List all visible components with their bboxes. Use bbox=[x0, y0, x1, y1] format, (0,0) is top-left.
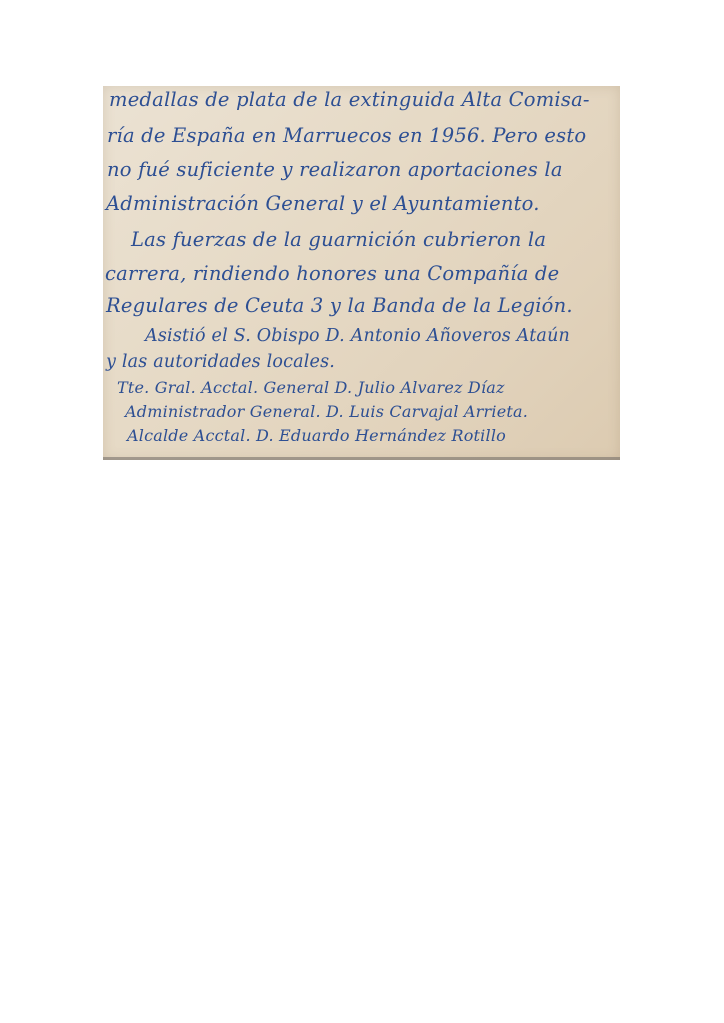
text-line: Alcalde Acctal. D. Eduardo Hernández Rot… bbox=[127, 426, 506, 445]
text-line: Tte. Gral. Acctal. General D. Julio Alva… bbox=[117, 378, 505, 397]
text-line: Asistió el S. Obispo D. Antonio Añoveros… bbox=[145, 326, 570, 346]
text-line: no fué suficiente y realizaron aportacio… bbox=[107, 158, 563, 181]
text-line: y las autoridades locales. bbox=[106, 352, 335, 372]
page: medallas de plata de la extinguida Alta … bbox=[0, 0, 724, 1023]
text-line: Regulares de Ceuta 3 y la Banda de la Le… bbox=[106, 294, 573, 317]
handwritten-text: medallas de plata de la extinguida Alta … bbox=[103, 86, 620, 460]
text-line: Las fuerzas de la guarnición cubrieron l… bbox=[131, 228, 546, 251]
text-line: Administrador General. D. Luis Carvajal … bbox=[125, 402, 528, 421]
handwritten-paper: medallas de plata de la extinguida Alta … bbox=[103, 86, 620, 460]
text-line: medallas de plata de la extinguida Alta … bbox=[109, 88, 590, 111]
text-line: ría de España en Marruecos en 1956. Pero… bbox=[107, 124, 586, 147]
text-line: carrera, rindiendo honores una Compañía … bbox=[105, 262, 559, 285]
text-line: Administración General y el Ayuntamiento… bbox=[106, 192, 540, 215]
